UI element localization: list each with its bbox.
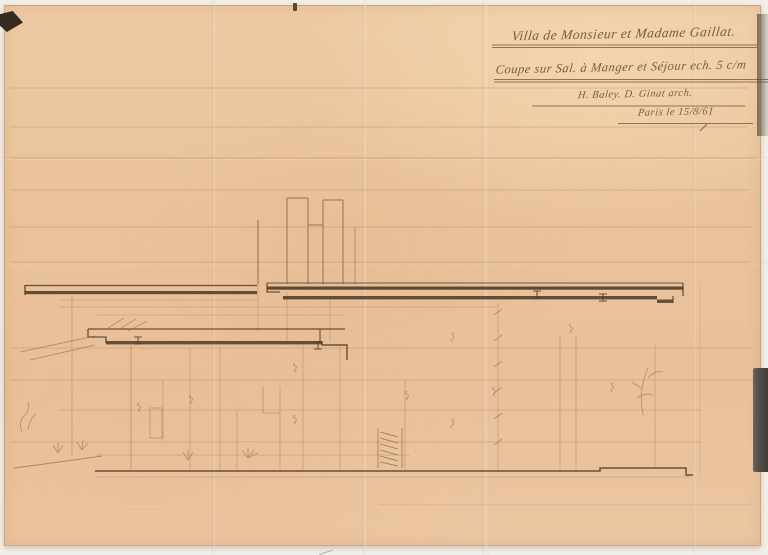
pin-mark-icon	[293, 3, 297, 11]
roof-slab-main	[267, 283, 683, 303]
drawing-title: Villa de Monsieur et Madame Gaillat.	[511, 24, 737, 45]
chimney-stacks	[258, 198, 355, 284]
roof-slab-left	[25, 285, 257, 295]
title-block: Villa de Monsieur et Madame Gaillat. Cou…	[470, 18, 768, 138]
floor-slab	[88, 329, 347, 360]
drawing-subtitle: Coupe sur Sal. à Manger et Séjour ech. 5…	[495, 57, 748, 77]
scan-background: Villa de Monsieur et Madame Gaillat. Cou…	[0, 0, 768, 555]
vegetation-sketch	[20, 318, 663, 460]
architect-names: H. Baley. D. Ginat arch.	[577, 88, 693, 101]
ground-line	[14, 456, 693, 477]
place-and-date: Paris le 15/8/61	[637, 106, 714, 119]
clip-strip-icon	[753, 368, 768, 472]
stair-detail	[378, 428, 402, 468]
paper-edge-shadow	[757, 14, 768, 136]
